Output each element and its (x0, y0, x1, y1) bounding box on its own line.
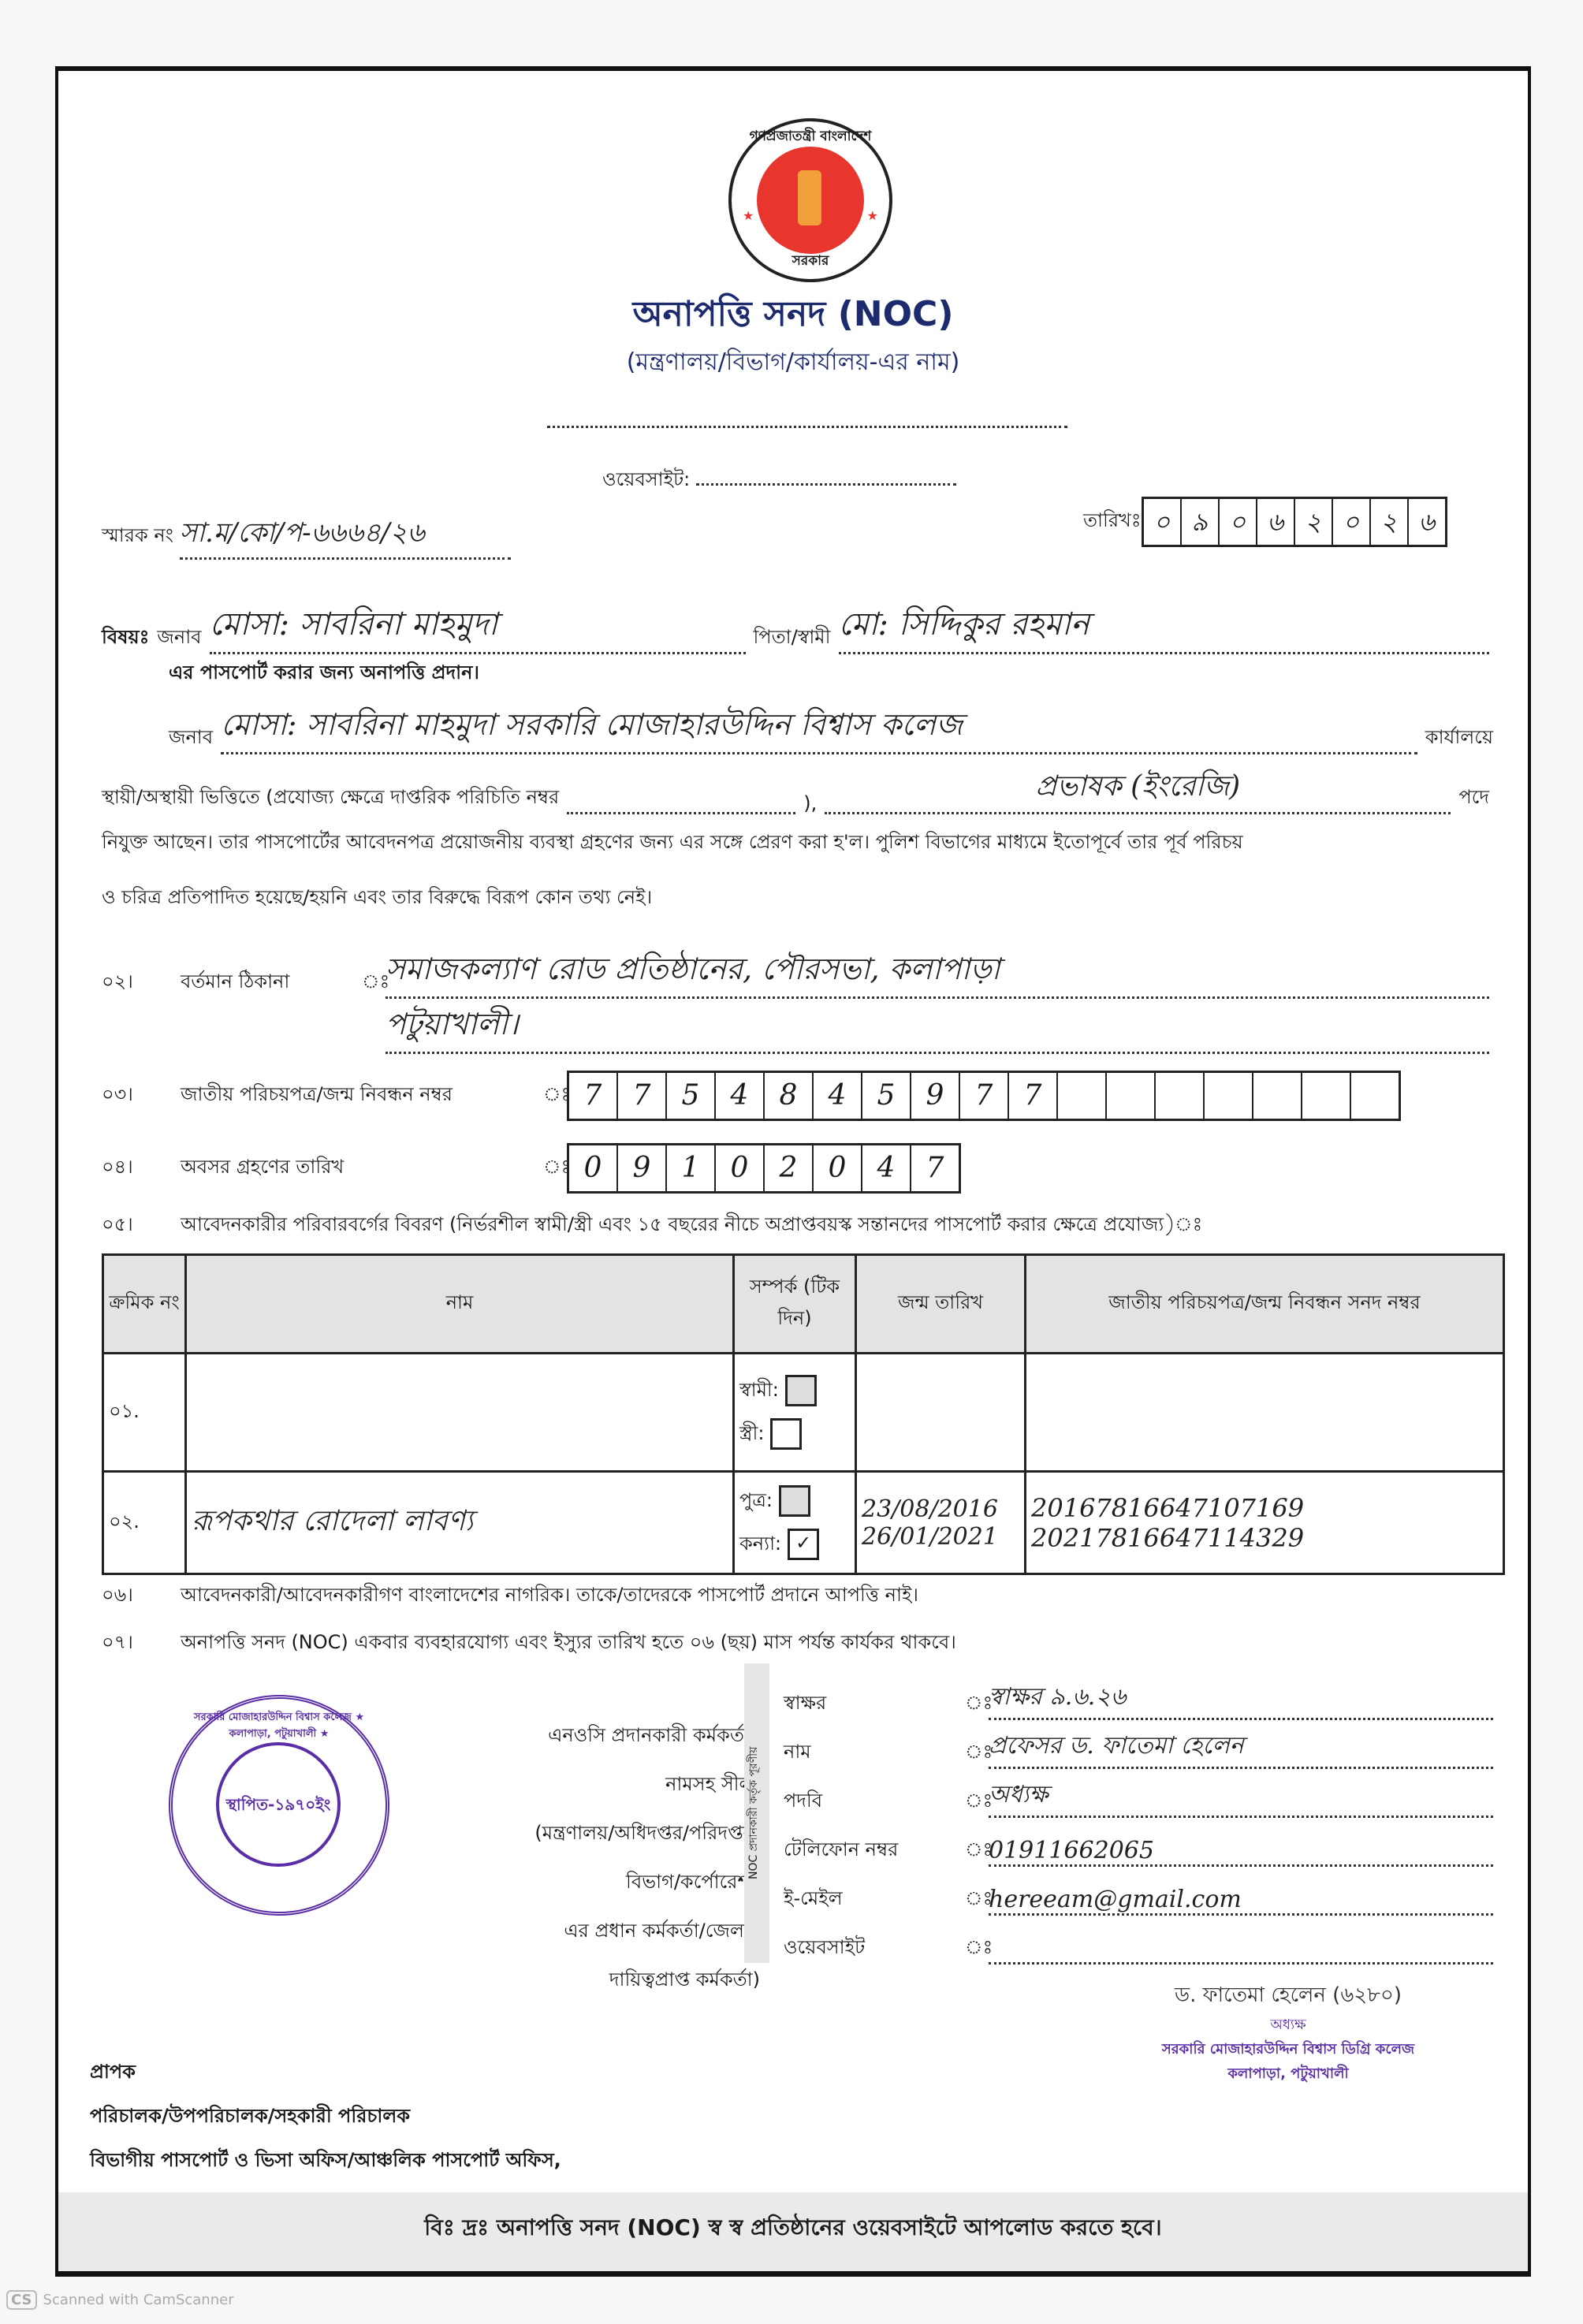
officer-field-value[interactable]: প্রফেসর ড. ফাতেমা হেলেন (989, 1726, 1493, 1769)
address-label: বর্তমান ঠিকানা (181, 967, 362, 999)
paragraph-line-3: ও চরিত্র প্রতিপাদিত হয়েছে/হয়নি এবং তার… (102, 883, 1489, 914)
footnote: বিঃ দ্রঃ অনাপত্তি সনদ (NOC) স্ব স্ব প্রত… (58, 2210, 1528, 2248)
relation-label: কন্যা: (739, 1533, 781, 1555)
nid-line: 20217816647114329 (1031, 1523, 1498, 1553)
officer-instr-line: নামসহ সীল। (397, 1760, 760, 1808)
officer-field-row: স্বাক্ষরঃস্বাক্ষর ৯.৬.২৬ (784, 1671, 1493, 1720)
officer-instr-line: (মন্ত্রণালয়/অধিদপ্তর/পরিদপ্তর/ (397, 1808, 760, 1857)
digit-box: 9 (911, 1073, 960, 1119)
digit-box: 4 (814, 1073, 862, 1119)
officer-field-value[interactable] (989, 1962, 1493, 1965)
seal-location: কলাপাড়া, পটুয়াখালী (1107, 2062, 1469, 2087)
nid-label: জাতীয় পরিচয়পত্র/জন্ম নিবন্ধন নম্বর (181, 1080, 543, 1112)
officer-instr-line: এনওসি প্রদানকারী কর্মকর্তার (397, 1711, 760, 1760)
officer-instr-line: এর প্রধান কর্মকর্তা/জেলার (397, 1906, 760, 1955)
digit-box: 4 (862, 1145, 911, 1191)
officer-instructions: এনওসি প্রদানকারী কর্মকর্তার নামসহ সীল। (… (397, 1711, 760, 2004)
item-number: ০২। (102, 967, 181, 999)
digit-box: 1 (667, 1145, 716, 1191)
stamp-center: স্থাপিত-১৯৭০ইং (216, 1742, 341, 1867)
designation-value[interactable]: প্রভাষক (ইংরেজি) (825, 765, 1451, 814)
star-icon: ★ (743, 208, 754, 223)
paragraph-line-2: নিযুক্ত আছেন। তার পাসপোর্টের আবেদনপত্র প… (102, 828, 1489, 859)
col-dob: জন্ম তারিখ (856, 1255, 1026, 1354)
document-subtitle: (মন্ত্রণালয়/বিভাগ/কার্যালয়-এর নাম) (58, 343, 1528, 383)
emblem-bottom-text: সরকার (732, 251, 889, 273)
stamp-ring-text: সরকারি মোজাহারউদ্দিন বিশ্বাস কলেজ ★ কলাপ… (173, 1710, 386, 1743)
emblem-top-text: গণপ্রজাতন্ত্রী বাংলাদেশ (732, 126, 889, 148)
item-number: ০৭। (102, 1628, 181, 1659)
digit-box: ৬ (1257, 499, 1295, 545)
nid-boxes[interactable]: 7754845977 (567, 1071, 1401, 1121)
digit-box: ২ (1295, 499, 1333, 545)
recipient-line-1: পরিচালক/উপপরিচালক/সহকারী পরিচালক (90, 2094, 561, 2138)
recipient-label: প্রাপক (90, 2050, 561, 2094)
digit-box: 0 (569, 1145, 618, 1191)
dob-line: 23/08/2016 (862, 1495, 1019, 1523)
name-cell[interactable]: রূপকথার রোদেলা লাবণ্য (186, 1472, 734, 1574)
website-label: ওয়েবসাইট: (602, 468, 690, 490)
family-label: আবেদনকারীর পরিবারবর্গের বিবরণ (নির্ভরশীল… (181, 1210, 1202, 1242)
officer-field-label: স্বাক্ষর (784, 1689, 965, 1720)
relation-label: পুত্র: (739, 1489, 773, 1511)
digit-box: ২ (1371, 499, 1409, 545)
memo-row: স্মারক নং সা.ম/কো/প-৬৬৬৪/২৬ (102, 512, 511, 560)
subject-row: বিষয়ঃ জনাব মোসা: সাবরিনা মাহমুদা পিতা/স… (102, 599, 1489, 654)
star-icon: ★ (867, 208, 878, 223)
officer-field-row: ই-মেইলঃhereeam@gmail.com (784, 1867, 1493, 1916)
officer-field-value[interactable]: 01911662065 (989, 1837, 1493, 1867)
digit-box: 7 (911, 1145, 959, 1191)
janab-label: জনাব (169, 723, 213, 754)
serial-cell: ০২. (103, 1472, 186, 1574)
digit-box (1058, 1073, 1107, 1119)
family-table: ক্রমিক নং নাম সম্পর্ক (টিক দিন) জন্ম তার… (102, 1253, 1505, 1575)
retirement-date-boxes[interactable]: 09102047 (567, 1143, 961, 1194)
post-suffix: পদে (1458, 783, 1489, 814)
digit-box: 7 (1009, 1073, 1058, 1119)
table-row: ০২. রূপকথার রোদেলা লাবণ্য পুত্র: কন্যা:✓… (103, 1472, 1504, 1574)
relation-label: স্ত্রী: (739, 1422, 764, 1444)
officer-instr-line: বিভাগ/কর্পোরেশন (397, 1857, 760, 1906)
subject-suffix: এর পাসপোর্ট করার জন্য অনাপত্তি প্রদান। (169, 658, 479, 690)
subject-label: বিষয়ঃ (102, 623, 149, 654)
address-line-1[interactable]: সমাজকল্যাণ রোড প্রতিষ্ঠানের, পৌরসভা, কলা… (386, 946, 1489, 999)
document-title: অনাপত্তি সনদ (NOC) (58, 288, 1528, 345)
digit-box: 5 (862, 1073, 911, 1119)
digit-box: ৯ (1182, 499, 1220, 545)
basis-text: স্থায়ী/অস্থায়ী ভিত্তিতে (প্রযোজ্য ক্ষে… (102, 783, 559, 814)
officer-field-label: টেলিফোন নম্বর (784, 1835, 965, 1867)
date-boxes[interactable]: ০৯০৬২০২৬ (1142, 497, 1447, 547)
digit-box: 0 (716, 1145, 765, 1191)
digit-box: 8 (765, 1073, 814, 1119)
recipient-line-2: বিভাগীয় পাসপোর্ট ও ভিসা অফিস/আঞ্চলিক পা… (90, 2138, 561, 2182)
employee-office[interactable]: মোসা: সাবরিনা মাহমুদা সরকারি মোজাহারউদ্দ… (221, 702, 1417, 754)
item-number: ০৪। (102, 1153, 181, 1184)
seal-institution: সরকারি মোজাহারউদ্দিন বিশ্বাস ডিগ্রি কলেজ (1107, 2038, 1469, 2062)
relation-label: স্বামী: (739, 1379, 779, 1401)
officer-field-label: নাম (784, 1737, 965, 1769)
emblem-red-circle (757, 147, 864, 254)
item-number: ০৩। (102, 1080, 181, 1112)
col-name: নাম (186, 1255, 734, 1354)
nid-line: 20167816647107169 (1031, 1493, 1498, 1523)
date-label: তারিখঃ (1083, 506, 1142, 538)
digit-box (1205, 1073, 1253, 1119)
official-id-field[interactable] (567, 812, 795, 814)
digit-box: 0 (814, 1145, 862, 1191)
government-emblem: গণপ্রজাতন্ত্রী বাংলাদেশ ★ ★ সরকার (728, 118, 892, 282)
digit-box: 7 (569, 1073, 618, 1119)
vertical-noc-strip: NOC প্রদানকারী কর্তৃক পূরণীয় (744, 1663, 769, 1963)
recipient-block: প্রাপক পরিচালক/উপপরিচালক/সহকারী পরিচালক … (90, 2050, 561, 2182)
ministry-name-field[interactable] (547, 418, 1067, 428)
officer-field-row: ওয়েবসাইটঃ (784, 1916, 1493, 1965)
digit-box: 7 (618, 1073, 667, 1119)
retirement-row: ০৪। অবসর গ্রহণের তারিখ ঃ 09102047 (102, 1143, 961, 1194)
col-nid: জাতীয় পরিচয়পত্র/জন্ম নিবন্ধন সনদ নম্বর (1026, 1255, 1504, 1354)
college-round-stamp: সরকারি মোজাহারউদ্দিন বিশ্বাস কলেজ ★ কলাপ… (169, 1695, 389, 1916)
checkbox-daughter-checked[interactable]: ✓ (788, 1529, 819, 1560)
table-row: ০১. স্বামী: স্ত্রী: (103, 1354, 1504, 1472)
officer-field-value[interactable]: স্বাক্ষর ৯.৬.২৬ (989, 1678, 1493, 1720)
seal-name: ড. ফাতেমা হেলেন (৬২৮০) (1107, 1979, 1469, 2013)
dob-cell[interactable]: 23/08/2016 26/01/2021 (856, 1472, 1026, 1574)
clause-text: আবেদনকারী/আবেদনকারীগণ বাংলাদেশের নাগরিক।… (181, 1581, 918, 1612)
principal-seal: ড. ফাতেমা হেলেন (৬২৮০) অধ্যক্ষ সরকারি মো… (1107, 1979, 1469, 2087)
digit-box: 4 (716, 1073, 765, 1119)
date-row: তারিখঃ ০৯০৬২০২৬ (1083, 497, 1447, 547)
address-row: ০২। বর্তমান ঠিকানা ঃ সমাজকল্যাণ রোড প্রত… (102, 946, 1489, 999)
officer-field-label: পদবি (784, 1786, 965, 1818)
seal-designation: অধ্যক্ষ (1107, 2013, 1469, 2038)
office-suffix: কার্যালয়ে (1425, 723, 1493, 754)
col-serial: ক্রমিক নং (103, 1255, 186, 1354)
digit-box (1351, 1073, 1399, 1119)
officer-field-row: নামঃপ্রফেসর ড. ফাতেমা হেলেন (784, 1720, 1493, 1769)
officer-fields: স্বাক্ষরঃস্বাক্ষর ৯.৬.২৬নামঃপ্রফেসর ড. ফ… (784, 1671, 1493, 1965)
father-husband-label: পিতা/স্বামী (754, 623, 831, 654)
digit-box: 5 (667, 1073, 716, 1119)
digit-box: 2 (765, 1145, 814, 1191)
camscanner-watermark: CS Scanned with CamScanner (6, 2290, 234, 2310)
digit-box (1156, 1073, 1205, 1119)
janab-label: জনাব (157, 623, 201, 654)
digit-box (1107, 1073, 1156, 1119)
digit-box: 7 (960, 1073, 1009, 1119)
website-row: ওয়েবসাইট: (602, 465, 956, 497)
relation-cell: পুত্র: কন্যা:✓ (734, 1472, 856, 1574)
nid-row: ০৩। জাতীয় পরিচয়পত্র/জন্ম নিবন্ধন নম্বর… (102, 1071, 1401, 1121)
website-field[interactable] (696, 483, 956, 486)
digit-box: ০ (1333, 499, 1371, 545)
officer-field-label: ই-মেইল (784, 1884, 965, 1916)
officer-field-value[interactable]: hereeam@gmail.com (989, 1886, 1493, 1916)
clause-07: ০৭। অনাপত্তি সনদ (NOC) একবার ব্যবহারযোগ্… (102, 1628, 956, 1659)
watermark-text: Scanned with CamScanner (43, 2292, 234, 2308)
digit-box (1302, 1073, 1351, 1119)
father-husband-name[interactable]: মো: সিদ্দিকুর রহমান (839, 599, 1490, 654)
designation-row: স্থায়ী/অস্থায়ী ভিত্তিতে (প্রযোজ্য ক্ষে… (102, 765, 1489, 814)
address-line-2[interactable]: পটুয়াখালী। (386, 1001, 1489, 1054)
memo-label: স্মারক নং (102, 524, 173, 546)
clause-text: অনাপত্তি সনদ (NOC) একবার ব্যবহারযোগ্য এব… (181, 1628, 956, 1659)
bangladesh-map-icon (798, 170, 821, 225)
officer-field-label: ওয়েবসাইট (784, 1933, 965, 1965)
nid-cell[interactable] (1026, 1354, 1504, 1472)
officer-instr-line: দায়িত্বপ্রাপ্ত কর্মকর্তা) (397, 1955, 760, 2004)
family-row: ০৫। আবেদনকারীর পরিবারবর্গের বিবরণ (নির্ভ… (102, 1210, 1489, 1242)
item-number: ০৫। (102, 1210, 181, 1242)
digit-box: ০ (1144, 499, 1182, 545)
employee-row: জনাব মোসা: সাবরিনা মাহমুদা সরকারি মোজাহা… (169, 702, 1493, 754)
officer-field-row: পদবিঃঅধ্যক্ষ (784, 1769, 1493, 1818)
officer-field-row: টেলিফোন নম্বরঃ01911662065 (784, 1818, 1493, 1867)
memo-number[interactable]: সা.ম/কো/প-৬৬৬৪/২৬ (180, 512, 511, 560)
col-relation: সম্পর্ক (টিক দিন) (734, 1255, 856, 1354)
name-cell[interactable] (186, 1354, 734, 1472)
camscanner-logo-icon: CS (6, 2290, 37, 2310)
item-number: ০৬। (102, 1581, 181, 1612)
checkbox-son[interactable] (779, 1485, 810, 1517)
clause-06: ০৬। আবেদনকারী/আবেদনকারীগণ বাংলাদেশের নাগ… (102, 1581, 918, 1612)
digit-box: ৬ (1409, 499, 1445, 545)
digit-box: ০ (1220, 499, 1257, 545)
dob-line: 26/01/2021 (862, 1523, 1019, 1551)
serial-cell: ০১. (103, 1354, 186, 1472)
dob-cell[interactable] (856, 1354, 1026, 1472)
noc-document-page: গণপ্রজাতন্ত্রী বাংলাদেশ ★ ★ সরকার অনাপত্… (55, 66, 1531, 2277)
nid-cell[interactable]: 20167816647107169 20217816647114329 (1026, 1472, 1504, 1574)
checkbox-husband[interactable] (785, 1375, 817, 1406)
digit-box: 9 (618, 1145, 667, 1191)
officer-field-value[interactable]: অধ্যক্ষ (989, 1775, 1493, 1818)
applicant-name[interactable]: মোসা: সাবরিনা মাহমুদা (210, 599, 746, 654)
relation-cell: স্বামী: স্ত্রী: (734, 1354, 856, 1472)
checkbox-wife[interactable] (770, 1418, 802, 1450)
digit-box (1253, 1073, 1302, 1119)
retirement-label: অবসর গ্রহণের তারিখ (181, 1153, 543, 1184)
